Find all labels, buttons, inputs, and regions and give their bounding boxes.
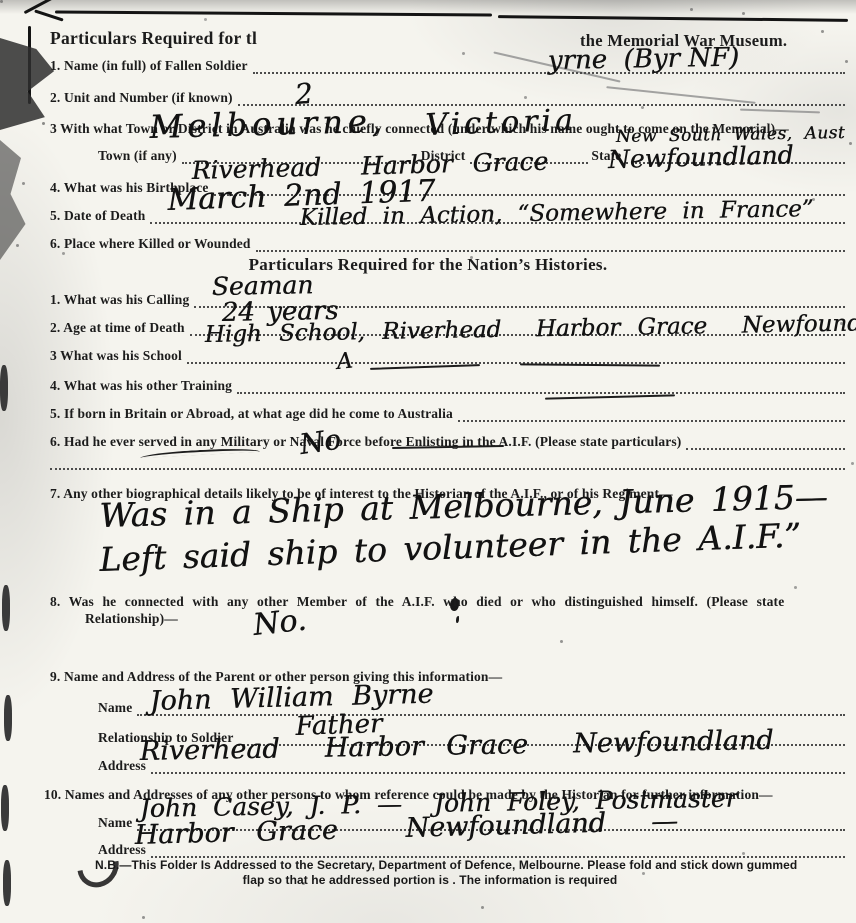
field-label-prior-service: 6. Had he ever served in any Military or… — [50, 434, 681, 451]
paper-crack-3 — [740, 109, 820, 113]
field-label-place-killed: 6. Place where Killed or Wounded — [50, 236, 251, 253]
dotted-line — [458, 407, 845, 422]
handwriting-soldier-name: yrne (Byr NF) — [547, 43, 739, 76]
handwriting-dash — [545, 394, 675, 399]
field-row-other-training: 4. What was his other Training — [50, 378, 848, 395]
field-row-unit-number: 2. Unit and Number (if known) — [50, 90, 848, 107]
field-label-age-at-death: 2. Age at time of Death — [50, 320, 185, 337]
handwriting-dash — [520, 363, 660, 366]
torn-edge-left — [0, 140, 30, 260]
answer-line-prior-service — [50, 455, 848, 471]
handwriting-connected-answer: No. — [251, 603, 308, 643]
field-label-age-came-to-australia: 5. If born in Britain or Abroad, at what… — [50, 406, 453, 423]
question-connected-aif-line2: Relationship)— — [85, 610, 178, 628]
field-row-place-killed: 6. Place where Killed or Wounded — [50, 236, 848, 253]
question-connected-aif-line1: 8. Was he connected with any other Membe… — [50, 593, 850, 611]
footer-note-line1: N.B.—This Folder Is Addressed to the Sec… — [95, 858, 835, 872]
field-label-town: Town (if any) — [98, 148, 177, 165]
field-label-date-of-death: 5. Date of Death — [50, 208, 145, 225]
dotted-line — [187, 349, 845, 364]
field-label-soldier-name: 1. Name (in full) of Fallen Soldier — [50, 58, 248, 75]
handwriting-district: Victoria — [425, 103, 578, 143]
scanned-war-museum-form: Particulars Required for tl the Memorial… — [0, 0, 856, 923]
field-label-name: Name — [98, 700, 132, 717]
left-edge-marks — [0, 365, 8, 411]
torn-edge-top-left — [0, 38, 66, 130]
field-label-name-2: Name — [98, 815, 132, 832]
field-row-age-came-to-australia: 5. If born in Britain or Abroad, at what… — [50, 406, 848, 423]
dotted-line — [237, 379, 845, 394]
field-label-other-training: 4. What was his other Training — [50, 378, 232, 395]
field-row-calling: 1. What was his Calling — [50, 292, 848, 309]
dotted-line — [256, 237, 845, 252]
field-row-prior-service: 6. Had he ever served in any Military or… — [50, 434, 848, 451]
field-row-school: 3 What was his School — [50, 348, 848, 365]
field-label-school: 3 What was his School — [50, 348, 182, 365]
handwriting-training-mark: A — [335, 348, 353, 375]
dotted-line — [686, 435, 845, 450]
footer-note-line2: flap so that he addressed portion is . T… — [185, 873, 675, 887]
field-label-calling: 1. What was his Calling — [50, 292, 189, 309]
handwriting-dash — [370, 364, 480, 370]
scan-noise-specks — [0, 0, 3, 3]
section-title-nations-histories: Particulars Required for the Nation’s Hi… — [0, 255, 856, 275]
handwriting-prior-service: No — [297, 423, 343, 461]
top-border-line — [55, 10, 492, 16]
question-parent-informant: 9. Name and Address of the Parent or oth… — [50, 668, 850, 686]
handwriting-town: Melbourne, — [149, 102, 387, 146]
form-title-left: Particulars Required for tl — [50, 28, 257, 49]
dotted-line — [50, 455, 845, 470]
field-label-unit-number: 2. Unit and Number (if known) — [50, 90, 233, 107]
field-label-address: Address — [98, 758, 146, 775]
top-border-line-right — [498, 15, 848, 21]
